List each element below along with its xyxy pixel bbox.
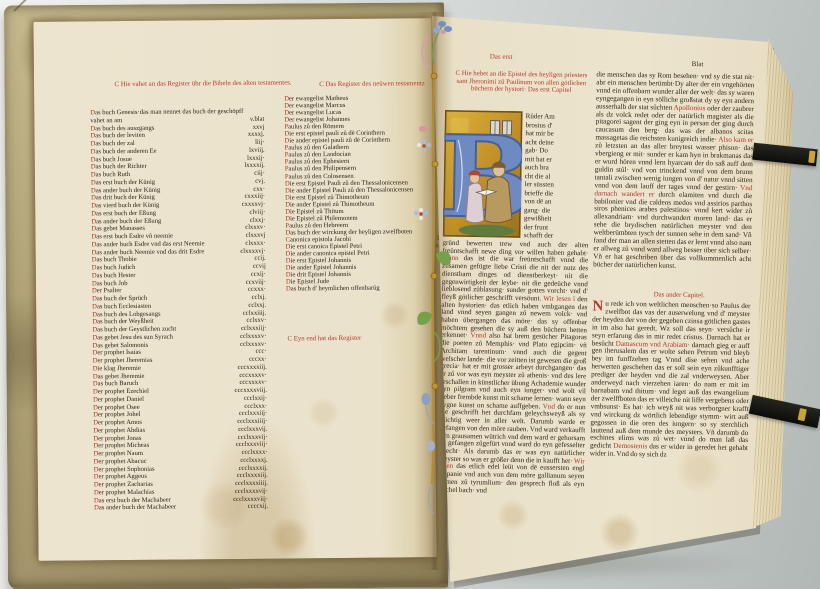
column2-body-bottom: Nu rede ich von weltlichen menschen·so P…: [588, 300, 750, 543]
register-entry-folio: cvj.: [255, 177, 265, 185]
register-entry-folio: lxxxij·: [247, 154, 265, 162]
column1-body-text: gründ bewerten trew vnd auch der alten f…: [437, 240, 588, 537]
register-entry-folio: cccxx·: [249, 356, 267, 364]
register-entry-folio: ccccxij.: [248, 503, 268, 511]
incipit-rubric: C Hie hebet an die Epistel des heyligen …: [451, 70, 592, 105]
register-entry-folio: cclxxv·: [246, 317, 266, 325]
register-entry-folio: clxxxv·: [245, 224, 265, 232]
register-entry-folio: lxviij.: [249, 146, 265, 154]
register-entry-folio: ccxij·: [251, 270, 266, 278]
body-text-segment: do er nun die geschrifft het durchfarn g…: [439, 403, 586, 465]
register-entry-folio: ccclxxx·: [244, 402, 267, 410]
lombard-initial-N: N: [592, 300, 605, 313]
register-entry-folio: ccvij: [253, 263, 266, 271]
register-entry-folio: xxvj: [253, 123, 265, 131]
register-row: Das buch Genesis·das man nennet das buch…: [90, 108, 264, 125]
register-entry-title: Das ander buch der Machabeer: [94, 503, 248, 512]
register-entry-folio: clviij·: [249, 208, 265, 216]
register-entry-folio: clxxxvj: [246, 232, 266, 240]
register-entry-folio: ciij·: [254, 170, 265, 178]
register-entry-folio: ccxxx·: [248, 286, 266, 294]
column2-body-top: die menschen das sy Rom besehen· vnd sy …: [593, 71, 755, 292]
body-text-segment: zů letzsten an das aller breytest wasser…: [594, 142, 753, 192]
register-entry-folio: clxxxx·: [245, 239, 265, 247]
register-entry-folio: ccxviij·: [246, 278, 266, 286]
register-entry-folio: cxxxiij·: [245, 193, 266, 201]
register-entry-folio: cxx·: [253, 185, 265, 193]
register-entry-folio: cclxj.: [252, 294, 267, 302]
register-entry-folio: liij·: [255, 139, 265, 147]
body-text-segment: das etlich edel leüt von dē eussersten e…: [438, 462, 585, 494]
running-head-das-erst: Das erst: [490, 53, 513, 61]
register-entry-folio: clxxj·: [250, 216, 265, 224]
photo-stage: C Hie vahet an das Register übr die Bibe…: [0, 0, 820, 589]
body-text-segment: also hat brem gesücher Pitagoras die poe…: [440, 332, 587, 410]
register-entry-folio: ccij.: [254, 255, 265, 263]
register-row: Das ander buch der Machabeerccccxij.: [94, 503, 268, 512]
column2-bottom-text: u rede ich von weltlichen menschen·so Pa…: [590, 300, 751, 459]
right-page-content: Das erst Blat C Hie hebet an die Epistel…: [421, 11, 776, 589]
strap-brass-tip-top: [808, 151, 815, 164]
register-entry-folio: ccclxxij·: [244, 394, 267, 402]
register-entry-folio: ccc·: [256, 348, 267, 356]
register-entry-folio: cclxxj.: [248, 301, 266, 309]
strap-brass-tip-bottom: [798, 408, 807, 421]
register-entry-folio: v.blat: [250, 115, 264, 123]
body-text-segment: durch elamiten vnd durch die babilonier …: [593, 190, 752, 269]
register-entry-title: Das buch Genesis·das man nennet das buch…: [90, 108, 250, 125]
register-column-old-testament: Das buch Genesis·das man nennet das buch…: [90, 108, 268, 534]
body-text-segment: darnach gieg er auff gen iherusalem das …: [590, 341, 750, 450]
beside-initial-line: schafft der: [524, 231, 588, 241]
right-page-epistle: Das erst Blat C Hie hebet an die Epistel…: [430, 12, 775, 584]
left-page-register: C Hie vahet an das Register übr die Bibe…: [33, 18, 436, 561]
column1-text-beside-initial: Růder Ambrosius d'hat mir beacht deinega…: [524, 112, 590, 242]
register-heading-old-testament: C Hie vahet an das Register übr die Bibe…: [114, 79, 292, 89]
register-entry-folio: xxxxj.: [248, 131, 265, 139]
register-entry-folio: cclxxiiij.: [243, 309, 266, 317]
chapter-two-heading: Das ander Capitel.: [654, 291, 751, 300]
floral-border-decoration: [412, 14, 456, 524]
running-head-blat: Blat: [692, 60, 704, 68]
register-entry-folio: lxxxxij.: [244, 162, 264, 170]
